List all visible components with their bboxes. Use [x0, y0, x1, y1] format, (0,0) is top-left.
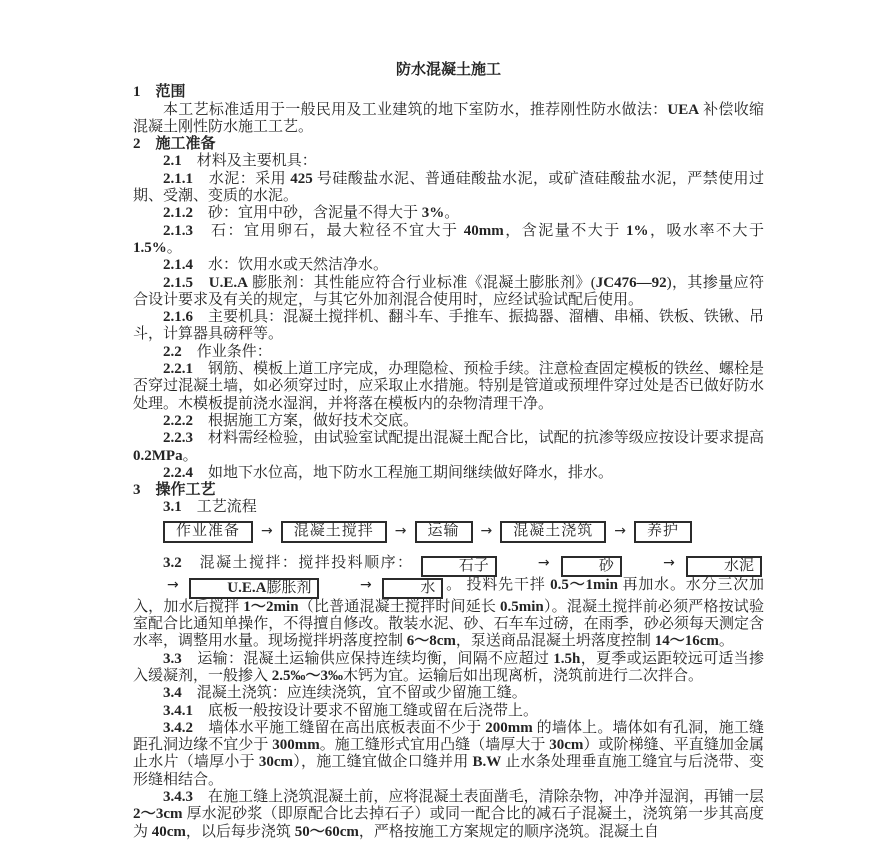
flow-arrow-icon: → [473, 523, 501, 540]
para-2-1-4: 2.1.4 水：饮用水或天然洁净水。 [133, 257, 764, 274]
para-3-3: 3.3 运输：混凝土运输供应保持连续均衡，间隔不应超过 1.5h，夏季或运距较远… [133, 651, 764, 686]
document-page: 防水混凝土施工 1 范围 本工艺标准适用于一般民用及工业建筑的地下室防水，推荐刚… [0, 0, 870, 842]
para-3-1: 3.1 工艺流程 [133, 499, 764, 516]
para-scope: 本工艺标准适用于一般民用及工业建筑的地下室防水，推荐刚性防水做法：UEA 补偿收… [133, 102, 764, 137]
para-2-2-1: 2.2.1 钢筋、模板上道工序完成，办理隐检、预检手续。注意检查固定模板的铁丝、… [133, 361, 764, 413]
flow-arrow-icon: → [504, 555, 554, 572]
para-3-4: 3.4 混凝土浇筑：应连续浇筑，宜不留或少留施工缝。 [133, 685, 764, 702]
para-3-4-1: 3.4.1 底板一般按设计要求不留施工缝或留在后浇带上。 [133, 703, 764, 720]
flow-arrow-icon: → [326, 577, 376, 594]
flow-step-box-transport: 运输 [415, 521, 473, 543]
section-1-heading: 1 范围 [133, 84, 764, 101]
para-2-2-2: 2.2.2 根据施工方案，做好技术交底。 [133, 413, 764, 430]
flow-arrow-icon: → [606, 523, 634, 540]
section-2-heading: 2 施工准备 [133, 136, 764, 153]
material-box-cement: 水泥 [686, 556, 762, 577]
material-box-gravel: 石子 [421, 556, 497, 577]
para-3-4-2: 3.4.2 墙体水平施工缝留在高出底板表面不少于 200mm 的墙体上。墙体如有… [133, 720, 764, 789]
para-2-2: 2.2 作业条件： [133, 344, 764, 361]
flow-step-box-preparation: 作业准备 [163, 521, 253, 543]
para-2-1: 2.1 材料及主要机具： [133, 153, 764, 170]
section-3-heading: 3 操作工艺 [133, 482, 764, 499]
para-2-1-3: 2.1.3 石：宜用卵石，最大粒径不宜大于 40mm，含泥量不大于 1%，吸水率… [133, 223, 764, 258]
para-2-1-6: 2.1.6 主要机具：混凝土搅拌机、翻斗车、手推车、振捣器、溜槽、串桶、铁板、铁… [133, 309, 764, 344]
flow-arrow-icon: → [253, 523, 281, 540]
para-3-2: 3.2 混凝土搅拌：搅拌投料顺序： 石子 → 砂 → 水泥 → U.E.A膨胀剂… [133, 555, 764, 651]
flow-arrow-icon: → [629, 555, 679, 572]
para-2-1-5: 2.1.5 U.E.A 膨胀剂：其性能应符合行业标准《混凝土膨胀剂》(JC476… [133, 275, 764, 310]
flow-step-box-curing: 养护 [634, 521, 692, 543]
doc-title: 防水混凝土施工 [133, 62, 764, 79]
para-3-2-period: 。 [445, 577, 462, 593]
material-box-sand: 砂 [561, 556, 622, 577]
material-box-uea-agent: U.E.A膨胀剂 [189, 578, 319, 599]
para-2-2-3: 2.2.3 材料需经检验，由试验室试配提出混凝土配合比，试配的抗渗等级应按设计要… [133, 430, 764, 465]
process-flowchart: 作业准备 → 混凝土搅拌 → 运输 → 混凝土浇筑 → 养护 [163, 521, 764, 543]
para-2-2-4: 2.2.4 如地下水位高，地下防水工程施工期间继续做好降水，排水。 [133, 465, 764, 482]
para-2-1-1: 2.1.1 水泥：采用 425 号硅酸盐水泥、普通硅酸盐水泥，或矿渣硅酸盐水泥，… [133, 171, 764, 206]
flow-step-box-pouring: 混凝土浇筑 [500, 521, 606, 543]
para-3-4-3: 3.4.3 在施工缝上浇筑混凝土前，应将混凝土表面凿毛，清除杂物，冲净并湿润，再… [133, 789, 764, 841]
para-2-1-2: 2.1.2 砂：宜用中砂，含泥量不得大于 3%。 [133, 205, 764, 222]
flow-step-box-mixing: 混凝土搅拌 [281, 521, 387, 543]
flow-arrow-icon: → [133, 577, 183, 594]
flow-arrow-icon: → [387, 523, 415, 540]
material-box-water: 水 [382, 578, 443, 599]
document-content: 防水混凝土施工 1 范围 本工艺标准适用于一般民用及工业建筑的地下室防水，推荐刚… [133, 62, 764, 841]
para-3-2-prefix: 3.2 混凝土搅拌：搅拌投料顺序： [163, 555, 413, 571]
